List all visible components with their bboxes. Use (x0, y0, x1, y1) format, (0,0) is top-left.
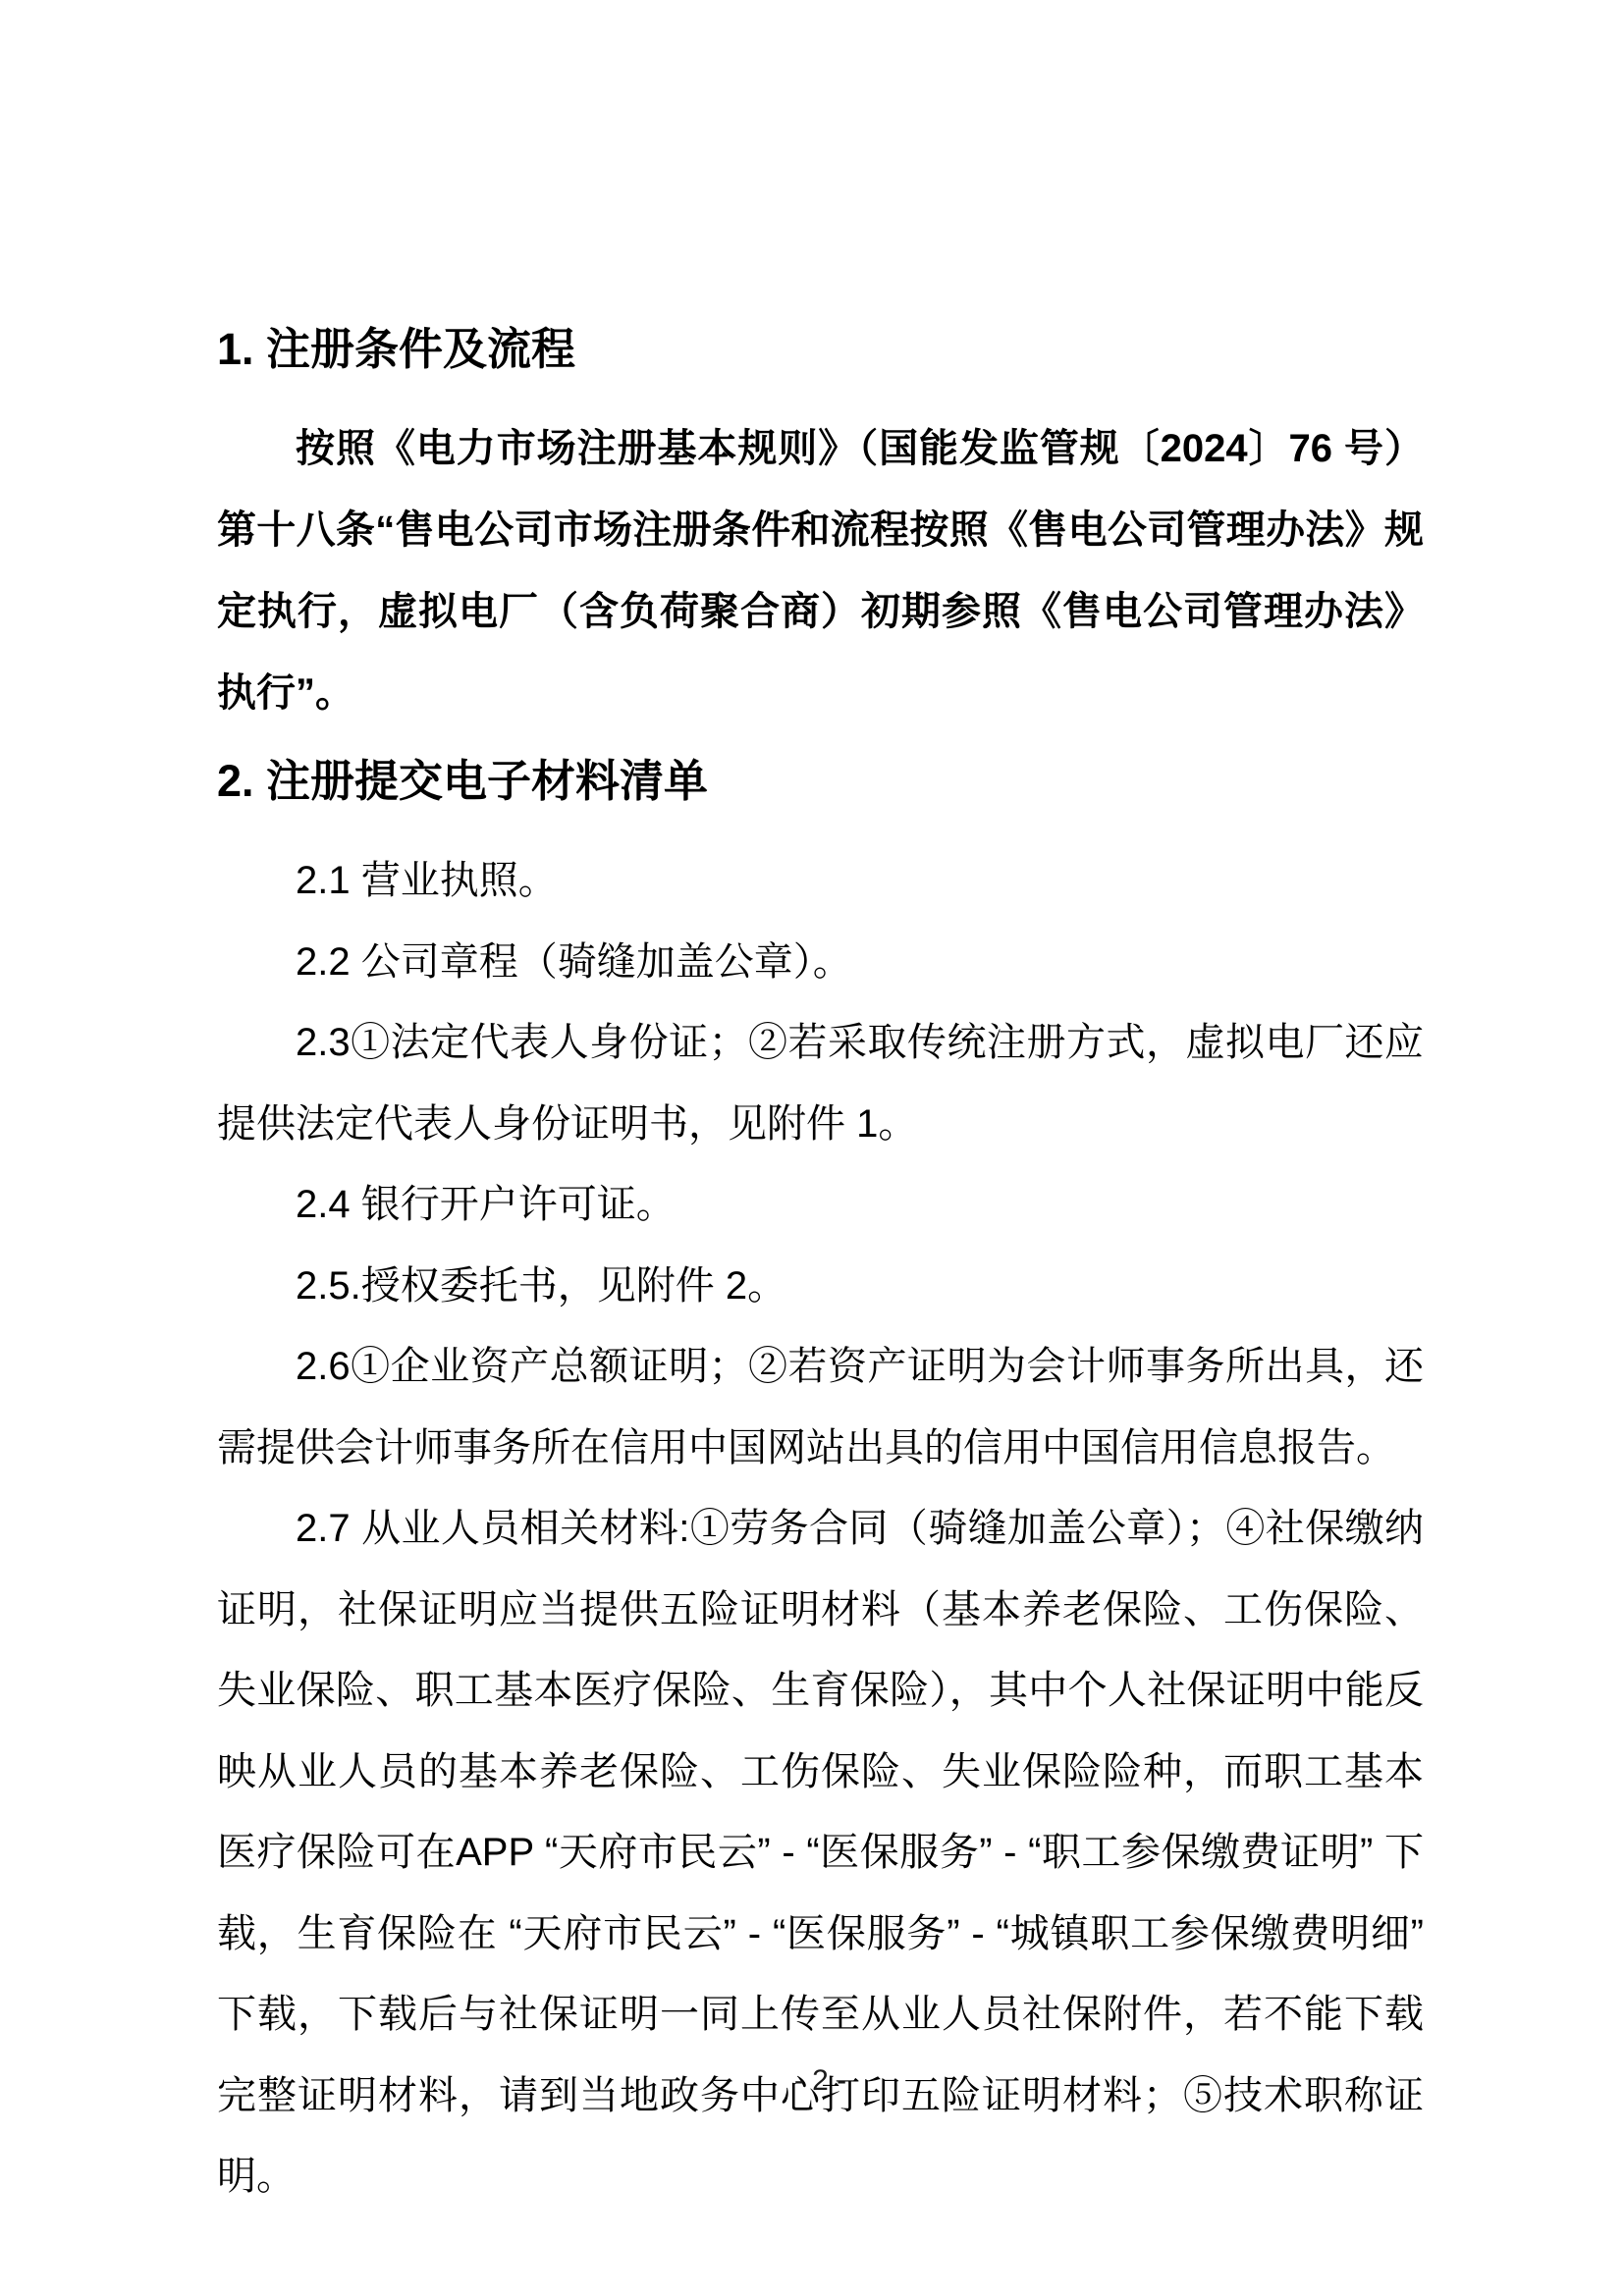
page-number-footer: - 2 - (217, 2061, 1424, 2101)
document-page: 1. 注册条件及流程 按照《电力市场注册基本规则》（国能发监管规〔2024〕76… (0, 0, 1624, 2296)
list-item-2-4: 2.4 银行开户许可证。 (217, 1164, 1424, 1246)
list-item-2-2: 2.2 公司章程（骑缝加盖公章）。 (217, 922, 1424, 1003)
list-item-2-7: 2.7 从业人员相关材料:①劳务合同（骑缝加盖公章）；④社保缴纳证明，社保证明应… (217, 1488, 1424, 2217)
list-item-2-6: 2.6①企业资产总额证明；②若资产证明为会计师事务所出具，还需提供会计师事务所在… (217, 1326, 1424, 1488)
section-1-heading: 1. 注册条件及流程 (217, 308, 1424, 391)
section-1-paragraph: 按照《电力市场注册基本规则》（国能发监管规〔2024〕76 号）第十八条“售电公… (217, 408, 1424, 734)
section-2-heading: 2. 注册提交电子材料清单 (217, 740, 1424, 823)
list-item-2-1: 2.1 营业执照。 (217, 840, 1424, 922)
list-item-2-3: 2.3①法定代表人身份证；②若采取传统注册方式，虚拟电厂还应提供法定代表人身份证… (217, 1002, 1424, 1164)
list-item-2-5: 2.5.授权委托书，见附件 2。 (217, 1246, 1424, 1327)
document-body: 1. 注册条件及流程 按照《电力市场注册基本规则》（国能发监管规〔2024〕76… (217, 308, 1424, 2217)
